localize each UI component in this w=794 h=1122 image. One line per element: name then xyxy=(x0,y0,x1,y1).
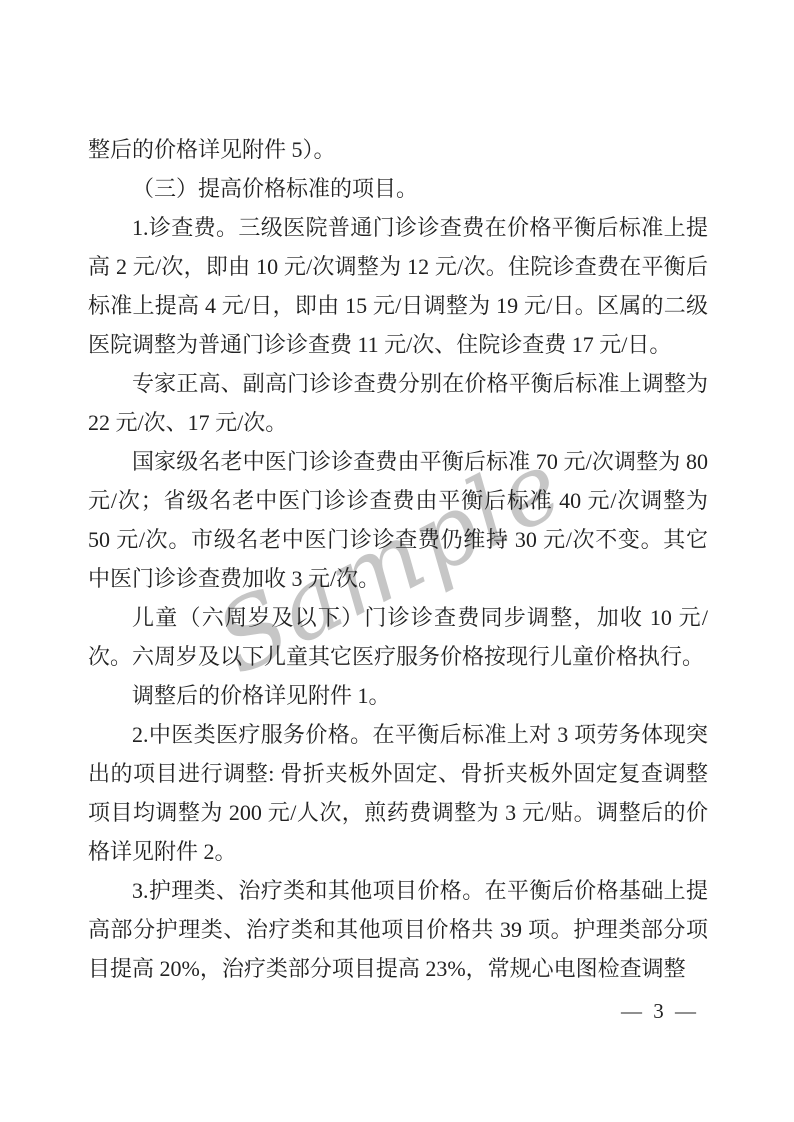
document-body: 整后的价格详见附件 5）。 （三）提高价格标准的项目。 1.诊查费。三级医院普通… xyxy=(88,130,708,988)
document-paragraph: 1.诊查费。三级医院普通门诊诊查费在价格平衡后标准上提高 2 元/次，即由 10… xyxy=(88,208,708,364)
document-paragraph: 国家级名老中医门诊诊查费由平衡后标准 70 元/次调整为 80 元/次；省级名老… xyxy=(88,442,708,598)
document-paragraph: （三）提高价格标准的项目。 xyxy=(88,169,708,208)
document-page: Sample 整后的价格详见附件 5）。 （三）提高价格标准的项目。 1.诊查费… xyxy=(0,0,794,1122)
document-paragraph: 专家正高、副高门诊诊查费分别在价格平衡后标准上调整为 22 元/次、17 元/次… xyxy=(88,364,708,442)
page-number: — 3 — xyxy=(620,999,700,1024)
document-paragraph: 3.护理类、治疗类和其他项目价格。在平衡后价格基础上提高部分护理类、治疗类和其他… xyxy=(88,871,708,988)
document-paragraph: 儿童（六周岁及以下）门诊诊查费同步调整，加收 10 元/次。六周岁及以下儿童其它… xyxy=(88,598,708,676)
document-paragraph: 整后的价格详见附件 5）。 xyxy=(88,130,708,169)
document-paragraph: 调整后的价格详见附件 1。 xyxy=(88,676,708,715)
document-paragraph: 2.中医类医疗服务价格。在平衡后标准上对 3 项劳务体现突出的项目进行调整: 骨… xyxy=(88,715,708,871)
